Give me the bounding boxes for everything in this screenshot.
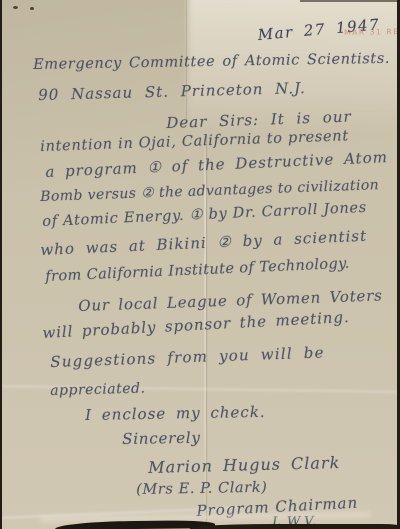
paper-speck	[30, 7, 34, 10]
photo-top-edge	[300, 0, 400, 2]
body-line: appreciated.	[50, 381, 146, 399]
photo-left-edge	[0, 0, 2, 529]
paper-speck	[13, 6, 18, 9]
signature-alt-name: (Mrs E. P. Clark)	[136, 480, 268, 498]
photo-bottom-edge	[190, 524, 400, 529]
scanned-letter: Mar 27 1947 MAR 31 RECD Emergency Commit…	[0, 0, 400, 529]
body-line: I enclose my check.	[85, 403, 266, 424]
received-stamp: MAR 31 RECD	[344, 27, 400, 37]
closing-line: Sincerely	[122, 429, 201, 448]
